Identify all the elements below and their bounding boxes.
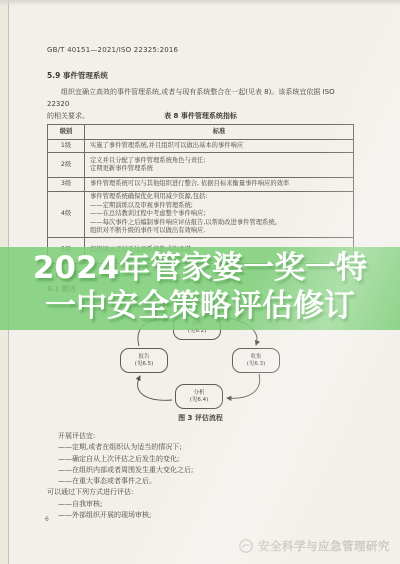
- assessment-line: ——在重大事态或者事件之后。: [47, 476, 367, 487]
- level-cell: 3级: [48, 178, 85, 192]
- page-number: 6: [45, 516, 49, 523]
- node-collect: 收集 (见6.3): [232, 348, 280, 373]
- criteria-cell: 实施了事件管理系统,并且组织可以做出基本的事件响应: [85, 140, 354, 153]
- level-cell: 4级: [48, 192, 85, 238]
- section-5-9-heading: 5.9 事件管理系统: [47, 70, 108, 81]
- paragraph-line: 组织宜确立高效的事件管理系统,或者与现有系统整合在一起(见表 8)。该系统宜依据…: [47, 86, 357, 110]
- table-row: 3级 事件管理系统可以与其他组织进行整合, 依据目标来衡量事件响应的效率: [48, 178, 354, 192]
- level-cell: 1级: [48, 140, 85, 153]
- table-row: 2级 定义并且分配了事件管理系统角色与责任; 定期更新事件管理系统: [48, 153, 354, 178]
- level-cell: 2级: [48, 153, 85, 178]
- assessment-line: 开展评估宜:: [47, 431, 367, 442]
- watermark: 安全科学与应急管理研究: [238, 538, 390, 554]
- promo-overlay-text-line1: 2024年管家婆一奖一特: [0, 250, 400, 286]
- table-8: 级别 标准 1级 实施了事件管理系统,并且组织可以做出基本的事件响应 2级 定义…: [47, 124, 354, 264]
- assessment-line: ——定期,或者在组织认为适当的情况下;: [47, 442, 367, 453]
- table-row: 1级 实施了事件管理系统,并且组织可以做出基本的事件响应: [48, 140, 354, 153]
- watermark-text: 安全科学与应急管理研究: [258, 538, 390, 554]
- standard-number: GB/T 40151—2021/ISO 22325:2016: [47, 46, 178, 54]
- node-report: 报告 (见6.5): [120, 348, 168, 373]
- document-page: GB/T 40151—2021/ISO 22325:2016 5.9 事件管理系…: [0, 0, 400, 564]
- assessment-line: 可以通过下列方式进行评估:: [47, 487, 367, 498]
- criteria-cell: 事件管理系统可以与其他组织进行整合, 依据目标来衡量事件响应的效率: [85, 178, 354, 192]
- node-ref: (见6.3): [247, 361, 266, 368]
- node-ref: (见6.5): [135, 361, 154, 368]
- assessment-guidelines: 开展评估宜: ——定期,或者在组织认为适当的情况下; ——确定自从上次评估之后发…: [47, 431, 367, 521]
- criteria-cell: 事件管理系统确保优化利用减少资源,包括: ——定期演练以及审视事件管理系统; —…: [85, 192, 354, 238]
- criteria-cell: 定义并且分配了事件管理系统角色与责任; 定期更新事件管理系统: [85, 153, 354, 178]
- assessment-line: ——在组织内部或者周围发生重大变化之后;: [47, 465, 367, 476]
- column-header-criteria: 标准: [85, 125, 354, 140]
- column-header-level: 级别: [48, 125, 85, 140]
- assessment-line: ——外部组织开展的现场审核;: [47, 510, 367, 521]
- table-header-row: 级别 标准: [48, 125, 354, 140]
- node-analyze: 分析 (见6.4): [175, 384, 223, 409]
- figure-3-caption: 图 3 评估流程: [47, 413, 354, 423]
- scan-top-shadow: [0, 0, 400, 6]
- research-logo-icon: [238, 538, 254, 554]
- table-8-title: 表 8 事件管理系统指标: [47, 111, 354, 121]
- table-row: 4级 事件管理系统确保优化利用减少资源,包括: ——定期演练以及审视事件管理系统…: [48, 192, 354, 238]
- assessment-line: ——自我审核;: [47, 499, 367, 510]
- promo-overlay-text-line2: 一中安全策略评估修订: [0, 288, 400, 324]
- assessment-line: ——确定自从上次评估之后发生的变化;: [47, 454, 367, 465]
- node-ref: (见6.4): [190, 397, 209, 404]
